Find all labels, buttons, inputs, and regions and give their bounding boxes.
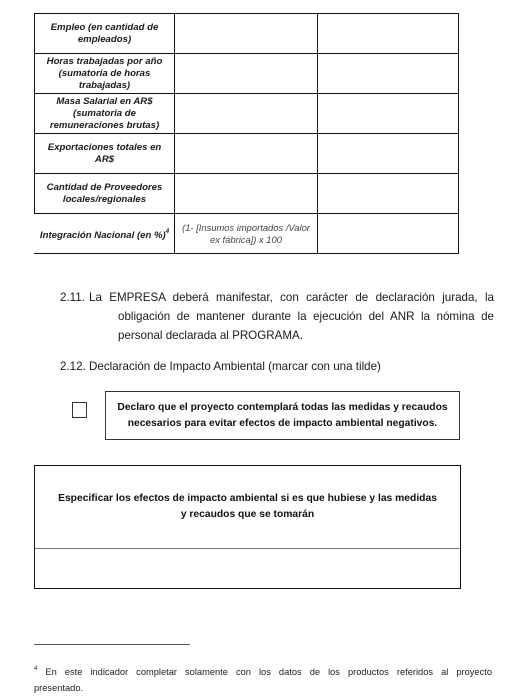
- cell-horas-value-1[interactable]: [175, 54, 318, 94]
- indicators-table: Empleo (en cantidad de empleados) Horas …: [34, 13, 459, 254]
- section-text: La EMPRESA deberá manifestar, con caráct…: [89, 288, 494, 345]
- impact-effects-header: Especificar los efectos de impacto ambie…: [35, 466, 460, 549]
- table-row: Exportaciones totales en AR$: [35, 134, 459, 174]
- cell-horas-value-2[interactable]: [318, 54, 459, 94]
- impact-effects-header-text: Especificar los efectos de impacto ambie…: [55, 491, 440, 523]
- cell-empleo-value-1[interactable]: [175, 14, 318, 54]
- cell-masa-salarial-value-1[interactable]: [175, 94, 318, 134]
- impact-effects-table: Especificar los efectos de impacto ambie…: [34, 465, 461, 589]
- table-row: Integración Nacional (en %)4 (1- [Insumo…: [35, 214, 459, 254]
- section-number: 2.12.: [60, 357, 86, 376]
- row-label-masa-salarial: Masa Salarial en AR$ (sumatoria de remun…: [35, 94, 175, 134]
- cell-integracion-value[interactable]: [318, 214, 459, 254]
- cell-proveedores-value-2[interactable]: [318, 174, 459, 214]
- cell-exportaciones-value-1[interactable]: [175, 134, 318, 174]
- declaration-box: Declaro que el proyecto contemplará toda…: [105, 391, 460, 440]
- row-label-proveedores: Cantidad de Proveedores locales/regional…: [35, 174, 175, 214]
- section-text: Declaración de Impacto Ambiental (marcar…: [89, 357, 494, 376]
- row-label-integracion-nacional: Integración Nacional (en %)4: [35, 214, 175, 254]
- section-2-11: 2.11. La EMPRESA deberá manifestar, con …: [60, 288, 494, 345]
- cell-proveedores-value-1[interactable]: [175, 174, 318, 214]
- cell-exportaciones-value-2[interactable]: [318, 134, 459, 174]
- section-2-12: 2.12. Declaración de Impacto Ambiental (…: [60, 357, 494, 376]
- impact-declaration-checkbox[interactable]: [72, 402, 87, 418]
- table-row: Cantidad de Proveedores locales/regional…: [35, 174, 459, 214]
- table-row: Empleo (en cantidad de empleados): [35, 14, 459, 54]
- cell-integracion-formula: (1- [Insumos importados /Valor ex fábric…: [175, 214, 318, 254]
- section-number: 2.11.: [60, 288, 85, 307]
- cell-masa-salarial-value-2[interactable]: [318, 94, 459, 134]
- impact-effects-input[interactable]: [35, 549, 460, 588]
- integracion-label-text: Integración Nacional (en %): [40, 230, 166, 241]
- declaration-text: Declaro que el proyecto contemplará toda…: [116, 400, 449, 432]
- row-label-horas: Horas trabajadas por año (sumatoria de h…: [35, 54, 175, 94]
- footnote: 4 En este indicador completar solamente …: [34, 661, 492, 696]
- footnote-separator: [34, 644, 190, 645]
- footnote-text: En este indicador completar solamente co…: [34, 667, 492, 693]
- cell-empleo-value-2[interactable]: [318, 14, 459, 54]
- table-row: Horas trabajadas por año (sumatoria de h…: [35, 54, 459, 94]
- table-row: Masa Salarial en AR$ (sumatoria de remun…: [35, 94, 459, 134]
- footnote-marker: 4: [34, 666, 37, 672]
- row-label-empleo: Empleo (en cantidad de empleados): [35, 14, 175, 54]
- row-label-exportaciones: Exportaciones totales en AR$: [35, 134, 175, 174]
- footnote-ref: 4: [166, 229, 169, 235]
